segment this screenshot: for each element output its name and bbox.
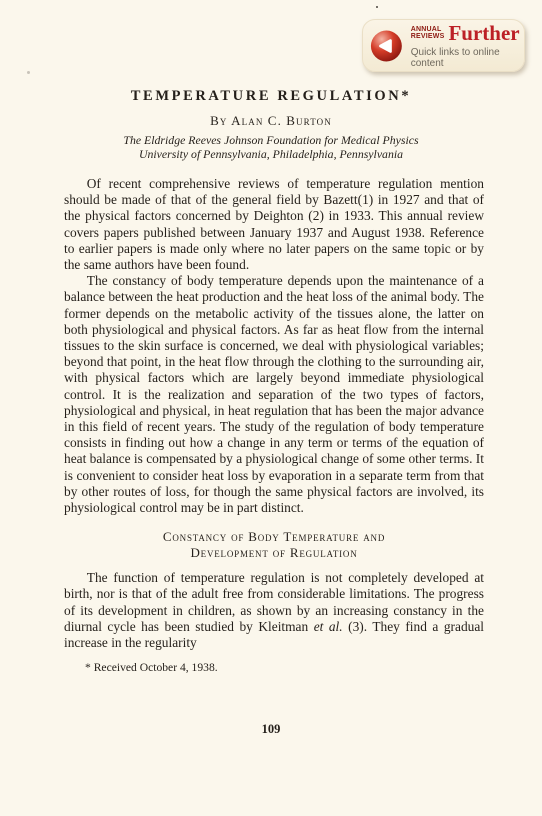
annual-reviews-brand: ANNUAL REVIEWS — [411, 26, 445, 41]
page-number: 109 — [0, 722, 542, 737]
scan-speck — [27, 71, 30, 74]
badge-text: ANNUAL REVIEWS Further Quick links to on… — [411, 23, 524, 69]
affiliation-line2: University of Pennsylvania, Philadelphia… — [0, 148, 542, 162]
paragraph-1: Of recent comprehensive reviews of tempe… — [64, 176, 484, 273]
annual-reviews-banner[interactable]: ANNUAL REVIEWS Further Quick links to on… — [362, 19, 525, 72]
brand-line2: REVIEWS — [411, 33, 445, 41]
affiliation: The Eldridge Reeves Johnson Foundation f… — [0, 134, 542, 161]
section-heading-line1: Constancy of Body Temperature and — [163, 529, 385, 544]
paragraph-3: The function of temperature regulation i… — [64, 570, 484, 651]
section-heading-line2: Development of Regulation — [190, 545, 357, 560]
scan-speck — [376, 6, 378, 8]
annual-reviews-logo-icon — [370, 28, 403, 64]
paragraph-2: The constancy of body temperature depend… — [64, 273, 484, 516]
brand-line1: ANNUAL — [411, 26, 445, 34]
byline: By Alan C. Burton — [0, 113, 542, 129]
badge-tagline: Quick links to online content — [411, 47, 524, 69]
article-body: Of recent comprehensive reviews of tempe… — [64, 176, 484, 676]
affiliation-line1: The Eldridge Reeves Johnson Foundation f… — [0, 134, 542, 148]
further-wordmark: Further — [448, 23, 519, 44]
section-heading: Constancy of Body Temperature and Develo… — [64, 529, 484, 561]
footnote: * Received October 4, 1938. — [64, 660, 484, 676]
scanned-page: ANNUAL REVIEWS Further Quick links to on… — [0, 0, 542, 816]
